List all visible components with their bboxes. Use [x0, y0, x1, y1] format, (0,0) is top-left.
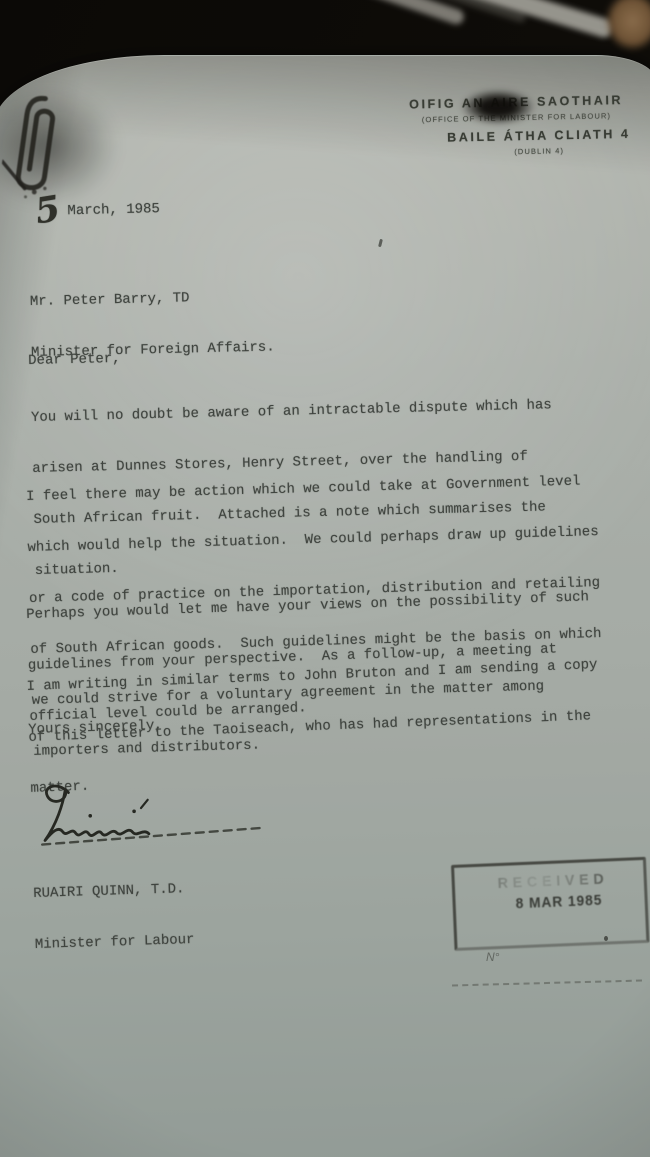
signer-name: RUAIRI QUINN, T.D.: [33, 880, 193, 904]
fingertip: [600, 0, 650, 64]
signature-script: [28, 774, 270, 856]
shelf-highlight: [300, 0, 466, 26]
handwritten-day: 5: [32, 188, 63, 232]
ink-dot: [604, 936, 608, 941]
date-text: March, 1985: [67, 201, 160, 219]
date-block: 5 March, 1985: [35, 185, 256, 250]
body-line: which would help the situation. We could…: [27, 523, 599, 558]
body-line: I am writing in similar terms to John Br…: [26, 656, 598, 697]
stamp-status: RECEIVED: [459, 869, 639, 894]
signer-title: Minister for Labour: [35, 931, 195, 955]
body-line: I feel there may be action which we coul…: [26, 472, 598, 507]
body-line: Perhaps you would let me have your views…: [26, 588, 589, 625]
stamp-ref-mark: N°: [486, 950, 499, 964]
signer-block: RUAIRI QUINN, T.D. Minister for Labour: [32, 848, 196, 987]
recipient-name: Mr. Peter Barry, TD: [30, 287, 274, 312]
ink-smudge: [450, 84, 546, 130]
salutation: Dear Peter,: [28, 350, 121, 371]
stamp-date: 8 MAR 1985: [515, 890, 634, 912]
body-line: You will no doubt be aware of an intract…: [31, 396, 552, 428]
photo-of-letter: OIFIG AN AIRE SAOTHAIR (OFFICE OF THE MI…: [0, 0, 650, 1157]
received-stamp: RECEIVED 8 MAR 1985: [451, 857, 649, 951]
